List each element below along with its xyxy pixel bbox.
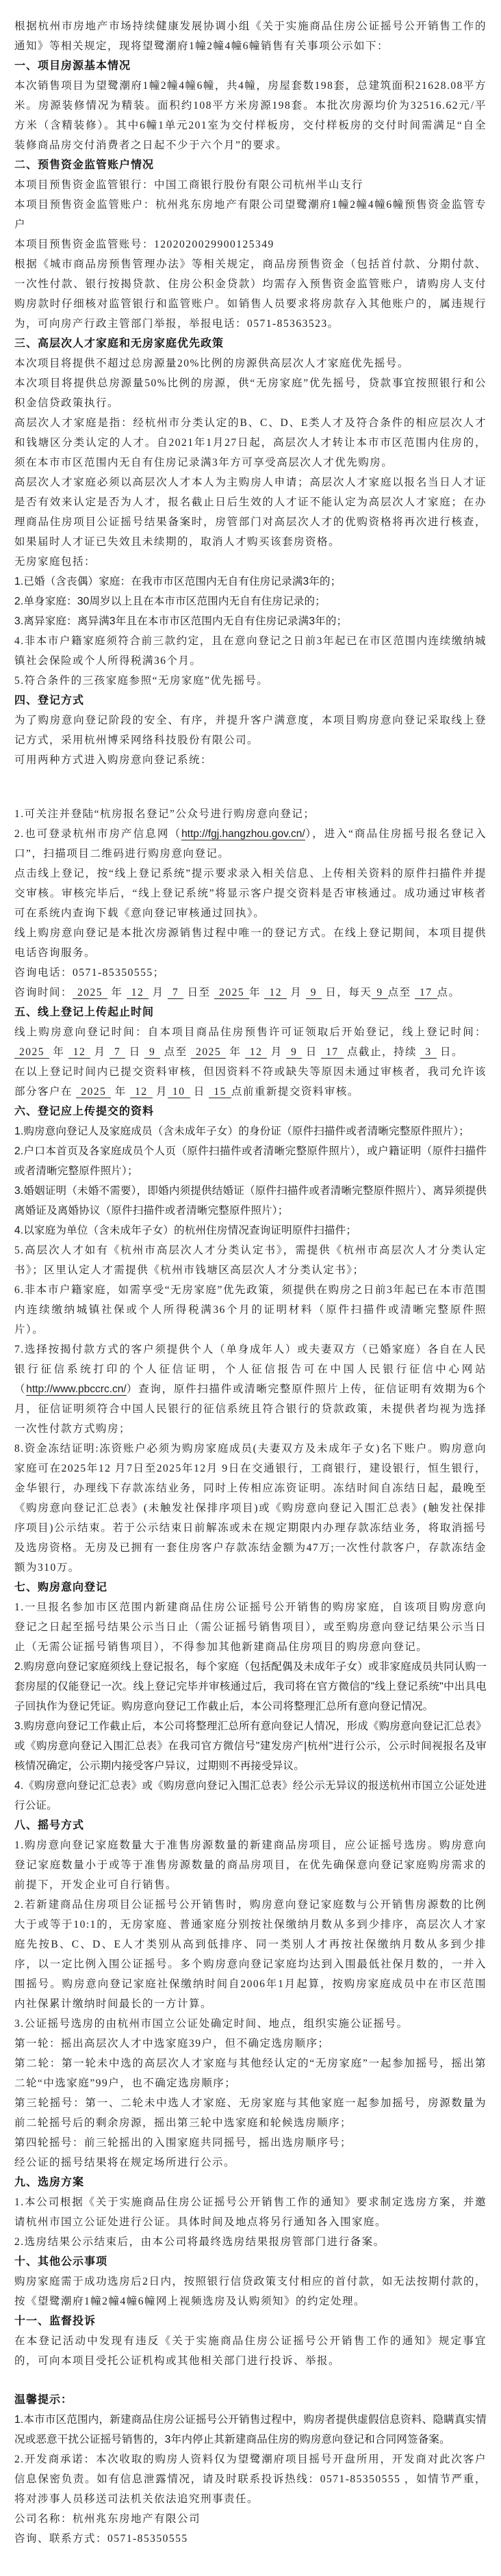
doc-heading: 三、高层次人才家庭和无房家庭优先政策 [14,334,487,354]
fill-in-blank: 9 [286,1046,302,1059]
text-run: 1.本市市区范围内，新建商品住房公证摇号公开销售过程中，购房者提供虚假信息资料、… [14,2414,487,2445]
text-run: 4.非本市户籍家庭须符合前三款约定，且在意向登记之日前3年起已在市区范围内连续缴… [14,635,487,667]
doc-paragraph: 4.非本市户籍家庭须符合前三款约定，且在意向登记之日前3年起已在市区范围内连续缴… [14,631,487,671]
text-run: 温馨提示： [14,2394,73,2406]
text-run: 线上购房意向登记是本批次房源销售过程中唯一的登记方式。在线上登记期间，本项目提供… [14,927,487,959]
doc-paragraph: 第三轮摇号：第一、二轮未中选人才家庭、无房家庭与其他家庭一起参加摇号，房源数量为… [14,2093,487,2133]
text-run: 可用两种方式进入购房意向登记系统： [14,754,212,766]
text-run: 本项目预售资金监管银行：中国工商银行股份有限公司杭州半山支行 [14,179,363,191]
doc-paragraph: 高层次人才家庭是指：经杭州市分类认定的B、C、D、E类人才及符合条件的相应层次人… [14,413,487,473]
text-run: 月 [267,1046,286,1058]
text-run: 咨询、联系方式：0571-85350555 [14,2533,188,2545]
doc-heading: 十、其他公示事项 [14,2252,487,2272]
text-run: 月 [287,987,306,998]
text-run: 为了购房意向登记阶段的安全、有序，并提升客户满意度，本项目购房意向登记采取线上登… [14,715,487,746]
text-run: 咨询电话：0571-85350555； [14,967,165,979]
doc-paragraph: 本项目预售资金监管账号：1202020029900125349 [14,235,487,254]
doc-paragraph: 购房家庭需于成功选房后2日内，按照银行信贷政策支付相应的首付款，如无法按期付款的… [14,2272,487,2311]
text-run: 第四轮摇号：前三轮摇出的入围家庭共同摇号，摇出选房顺序号； [14,2137,352,2149]
text-run: 5.高层次人才如有《杭州市高层次人才分类认定书》，需提供《杭州市高层次人才分类认… [14,1245,487,1276]
text-run: 本次项目将提供不超过总房源量20%比例的房源供高层次人才家庭优先摇号。 [14,358,409,369]
fill-in-blank: 7 [110,1046,125,1059]
doc-spacer [14,770,487,804]
text-run: 在本登记活动中发现有违反《关于实施商品住房公证摇号公开销售工作的通知》规定事宜的… [14,2335,487,2367]
fill-in-blank: 17 [321,1046,344,1059]
doc-paragraph: 本次项目将提供不超过总房源量20%比例的房源供高层次人才家庭优先摇号。 [14,354,487,373]
text-run: 年 [249,987,264,998]
doc-paragraph: 3.婚姻证明（未婚不需要），即婚内须提供结婚证（原件扫描件或者清晰完整原件照片）… [14,1181,487,1221]
text-run: 日 [190,1086,209,1098]
text-run: 点截止，持续 [344,1046,421,1058]
doc-heading: 九、选房方案 [14,2173,487,2192]
doc-paragraph: 5.符合条件的三孩家庭参照“无房家庭”优先摇号。 [14,671,487,691]
fill-in-blank: 2025 [14,1046,49,1059]
text-run: 六、登记应上传提交的资料 [14,1106,154,1117]
text-run: 点。 [437,987,461,998]
text-run: 根据杭州市房地产市场持续健康发展协调小组《关于实施商品住房公证摇号公开销售工作的… [14,21,487,52]
doc-paragraph: 第二轮：第一轮未中选的高层次人才家庭与其他经认定的“无房家庭”一起参加摇号，摇出… [14,2054,487,2093]
doc-paragraph: 本次销售项目为望鹭潮府1幢2幢4幢6幢，共4幢，房屋套数198套，总建筑面积21… [14,76,487,155]
doc-paragraph: 4.《购房意向登记汇总表》或《购房意向登记入围汇总表》经公示无异议的报送杭州市国… [14,1776,487,1816]
fill-in-blank: 17 [415,987,437,999]
fill-in-blank: 9 [306,987,322,999]
fill-in-blank: 12 [68,1046,91,1059]
doc-paragraph: 咨询时间：2025 年 12 月 7 日至 2025年 12 月 9 日，每天9… [14,983,487,1002]
doc-paragraph: 2.也可登录杭州市房产信息网（http://fgj.hangzhou.gov.c… [14,824,487,864]
doc-paragraph: 咨询、联系方式：0571-85350555 [14,2529,487,2549]
doc-paragraph: 在本登记活动中发现有违反《关于实施商品住房公证摇号公开销售工作的通知》规定事宜的… [14,2331,487,2371]
doc-paragraph: 第四轮摇号：前三轮摇出的入围家庭共同摇号，摇出选房顺序号； [14,2133,487,2153]
text-run: 日 [302,1046,321,1058]
fill-in-blank: 2025 [73,987,107,999]
text-run: 2.户口本首页及各家庭成员个人页（原件扫描件或者清晰完整原件照片），或户籍证明（… [14,1145,487,1177]
doc-paragraph: 7.选择按揭付款方式的客户须提供个人（单身成年人）或夫妻双方（已婚家庭）各自在人… [14,1340,487,1439]
doc-paragraph: 本项目预售资金监管账户：杭州兆东房地产有限公司望鹭潮府1幢2幢4幢6幢预售资金监… [14,195,487,235]
doc-paragraph: 第一轮：摇出高层次人才中选家庭39户，但不确定选房顺序； [14,2034,487,2054]
doc-paragraph: 1.本市市区范围内，新建商品住房公证摇号公开销售过程中，购房者提供虚假信息资料、… [14,2410,487,2449]
doc-paragraph: 本项目预售资金监管银行：中国工商银行股份有限公司杭州半山支行 [14,175,487,195]
doc-paragraph: 本次项目将提供总房源量50%比例的房源，供“无房家庭”优先摇号，贷款事宜按照银行… [14,373,487,413]
text-run: 月 [149,987,168,998]
text-run: 2.开发商承诺：本次收取的购房人资料仅为望鹭潮府项目摇号开盘所用，开发商对此次客… [14,2454,487,2505]
text-run: 年 [49,1046,68,1058]
text-run: 日至 [183,987,214,998]
fill-in-blank: 12 [245,1046,268,1059]
text-run: 月 [90,1046,110,1058]
doc-paragraph: 5.高层次人才如有《杭州市高层次人才分类认定书》，需提供《杭州市高层次人才分类认… [14,1240,487,1280]
doc-heading: 六、登记应上传提交的资料 [14,1102,487,1121]
text-run: 4.《购房意向登记汇总表》或《购房意向登记入围汇总表》经公示无异议的报送杭州市国… [14,1780,487,1811]
text-run: 根据《城市商品房预售管理办法》等相关规定，商品房预售资金（包括首付款、分期付款、… [14,258,487,330]
doc-paragraph: 2.单身家庭：30周岁以上且在本市市区范围内无自有住房记录的； [14,592,487,611]
doc-paragraph: 1.已婚（含丧偶）家庭：在我市市区范围内无自有住房记录满3年的； [14,572,487,592]
doc-paragraph: 3.购房意向登记工作截止后，本公司将整理汇总所有意向登记人情况，形成《购房意向登… [14,1716,487,1776]
text-run: 高层次人才家庭必须以高层次人才本人为主购房人申请；高层次人才家庭以报名当日人才证… [14,477,487,548]
text-run: 本次销售项目为望鹭潮府1幢2幢4幢6幢，共4幢，房屋套数198套，总建筑面积21… [14,80,487,151]
doc-paragraph: 高层次人才家庭必须以高层次人才本人为主购房人申请；高层次人才家庭以报名当日人才证… [14,473,487,552]
text-run: 年 [226,1046,245,1058]
doc-paragraph: 可用两种方式进入购房意向登记系统： [14,750,487,770]
text-run: 3.购房意向登记工作截止后，本公司将整理汇总所有意向登记人情况，形成《购房意向登… [14,1721,487,1772]
text-run: 一、项目房源基本情况 [14,60,131,72]
doc-paragraph: 经公证的摇号结果将在规定场所进行公示。 [14,2153,487,2173]
text-run: 6.非本市户籍家庭，如需享受“无房家庭”优先政策，须提供在购房之日前3年起已在本… [14,1284,487,1336]
doc-paragraph: 公司名称：杭州兆东房地产有限公司 [14,2509,487,2529]
doc-heading: 十一、监督投诉 [14,2311,487,2331]
text-run: 2.选房结果公示结束后，由本公司将最终选房结果报房管部门进行备案。 [14,2236,385,2248]
text-run: 购房家庭需于成功选房后2日内，按照银行信贷政策支付相应的首付款，如无法按期付款的… [14,2276,487,2307]
text-run: 九、选房方案 [14,2177,84,2188]
text-run: 点至 [388,987,415,998]
text-run: 2.单身家庭：30周岁以上且在本市市区范围内无自有住房记录的； [14,596,326,607]
doc-paragraph: 1.本公司根据《关于实施商品住房公证摇号公开销售工作的通知》要求制定选房方案，并… [14,2192,487,2232]
text-run: 咨询时间： [14,987,73,998]
doc-paragraph: 根据杭州市房地产市场持续健康发展协调小组《关于实施商品住房公证摇号公开销售工作的… [14,16,487,56]
document-body: 根据杭州市房地产市场持续健康发展协调小组《关于实施商品住房公证摇号公开销售工作的… [14,16,487,2549]
url-link[interactable]: http://www.pbccrc.cn/ [26,1383,126,1396]
url-link[interactable]: http://fgj.hangzhou.gov.cn/ [181,828,305,840]
text-run: 点击线上登记，按“线上登记系统”提示要求录入相关信息、上传相关资料的原件扫描件并… [14,868,487,919]
text-run: 1.本公司根据《关于实施商品住房公证摇号公开销售工作的通知》要求制定选房方案，并… [14,2196,487,2228]
fill-in-blank: 15 [209,1086,231,1098]
doc-heading: 七、购房意向登记 [14,1578,487,1597]
text-run: 年 [107,987,127,998]
text-run: 点至 [160,1046,191,1058]
text-run: 日，每天 [322,987,372,998]
text-run: 十一、监督投诉 [14,2315,96,2327]
text-run: 经公证的摇号结果将在规定场所进行公示。 [14,2157,235,2168]
doc-paragraph: 2.开发商承诺：本次收取的购房人资料仅为望鹭潮府项目摇号开盘所用，开发商对此次客… [14,2449,487,2509]
fill-in-blank: 12 [264,987,287,999]
doc-paragraph: 咨询电话：0571-85350555； [14,963,487,983]
text-run: 高层次人才家庭是指：经杭州市分类认定的B、C、D、E类人才及符合条件的相应层次人… [14,417,487,468]
text-run: 1.已婚（含丧偶）家庭：在我市市区范围内无自有住房记录满3年的； [14,576,341,587]
text-run: 二、预售资金监管账户情况 [14,159,154,171]
fill-in-blank: 2025 [76,1086,111,1098]
doc-paragraph: 在以上登记时间内已提交资料审核，但因资料不符或缺失等原因未通过审核者，我司允许该… [14,1062,487,1102]
text-run: 十、其他公示事项 [14,2256,107,2268]
doc-paragraph: 2.户口本首页及各家庭成员个人页（原件扫描件或者清晰完整原件照片），或户籍证明（… [14,1141,487,1181]
fill-in-blank: 3 [420,1046,436,1059]
text-run: 1.一旦报名参加市区范围内新建商品住房公证摇号公开销售的购房家庭，自该项目购房意… [14,1602,487,1653]
doc-paragraph: 3.公证摇号选房的由杭州市国立公证处确定时间、地点，组织实施公证摇号。 [14,2014,487,2034]
text-run: 本项目预售资金监管账户：杭州兆东房地产有限公司望鹭潮府1幢2幢4幢6幢预售资金监… [14,199,487,230]
doc-heading: 八、摇号方式 [14,1816,487,1835]
doc-paragraph: 1.可关注并登陆“杭房报名登记”公众号进行购房意向登记； [14,804,487,824]
text-run: 2.也可登录杭州市房产信息网（ [14,828,181,840]
doc-paragraph: 点击线上登记，按“线上登记系统”提示要求录入相关信息、上传相关资料的原件扫描件并… [14,864,487,923]
text-run: 五、线上登记上传起止时间 [14,1007,154,1018]
text-run: 8.资金冻结证明:冻资账户必须为购房家庭成员(夫妻双方及未成年子女)名下账户。购… [14,1443,487,1574]
text-run: 年 [111,1086,130,1098]
fill-in-blank: 10 [168,1086,190,1098]
text-run: 月 [153,1086,168,1098]
text-run: 线上购房意向登记时间：自本项目商品住房预售许可证领取后开始登记，线上登记时间： [14,1026,487,1038]
text-run: 4.以家庭为单位（含未成年子女）的杭州住房情况查询证明原件扫描件； [14,1225,357,1236]
text-run: 四、登记方式 [14,695,84,706]
text-run: 第二轮：第一轮未中选的高层次人才家庭与其他经认定的“无房家庭”一起参加摇号，摇出… [14,2058,487,2089]
fill-in-blank: 2025 [214,987,249,999]
text-run: 3.离异家庭：离异满3年且在本市市区范围内无自有住房记录满3年的； [14,615,347,627]
text-run: 无房家庭包括： [14,556,96,568]
doc-spacer [14,2371,487,2390]
text-run: 3.婚姻证明（未婚不需要），即婚内须提供结婚证（原件扫描件或者清晰完整原件照片）… [14,1185,487,1217]
text-run: 本项目预售资金监管账号：1202020029900125349 [14,239,274,250]
text-run: 八、摇号方式 [14,1820,84,1831]
text-run: 1.购房意向登记家庭数量大于准售房源数量的新建商品房项目，应公证摇号选房。购房意… [14,1840,487,1891]
notice-document: 根据杭州市房地产市场持续健康发展协调小组《关于实施商品住房公证摇号公开销售工作的… [0,0,501,2576]
text-run: 点前重新提交资料审核。 [231,1086,359,1098]
fill-in-blank: 12 [130,1086,153,1098]
doc-heading: 一、项目房源基本情况 [14,56,487,76]
doc-paragraph: 1.购房意向登记家庭数量大于准售房源数量的新建商品房项目，应公证摇号选房。购房意… [14,1835,487,1895]
fill-in-blank: 7 [168,987,183,999]
doc-paragraph: 1.一旦报名参加市区范围内新建商品住房公证摇号公开销售的购房家庭，自该项目购房意… [14,1597,487,1657]
text-run: 日。 [437,1046,463,1058]
text-run: 1.购房意向登记人及家庭成员（含未成年子女）的身份证（原件扫描件或者清晰完整原件… [14,1126,470,1137]
doc-paragraph: 2.若新建商品住房项目公证摇号公开销售时，购房意向登记家庭数与公开销售房源数的比… [14,1895,487,2014]
doc-paragraph: 8.资金冻结证明:冻资账户必须为购房家庭成员(夫妻双方及未成年子女)名下账户。购… [14,1439,487,1578]
text-run: 第三轮摇号：第一、二轮未中选人才家庭、无房家庭与其他家庭一起参加摇号，房源数量为… [14,2097,487,2129]
doc-heading: 温馨提示： [14,2390,487,2410]
doc-paragraph: 6.非本市户籍家庭，如需享受“无房家庭”优先政策，须提供在购房之日前3年起已在本… [14,1280,487,1340]
doc-paragraph: 3.离异家庭：离异满3年且在本市市区范围内无自有住房记录满3年的； [14,611,487,631]
text-run: 2.若新建商品住房项目公证摇号公开销售时，购房意向登记家庭数与公开销售房源数的比… [14,1899,487,2010]
doc-paragraph: 为了购房意向登记阶段的安全、有序，并提升客户满意度，本项目购房意向登记采取线上登… [14,711,487,750]
fill-in-blank: 12 [127,987,149,999]
text-run: 本次项目将提供总房源量50%比例的房源，供“无房家庭”优先摇号，贷款事宜按照银行… [14,377,487,409]
fill-in-blank: 9 [372,987,387,999]
doc-paragraph: 线上购房意向登记时间：自本项目商品住房预售许可证领取后开始登记，线上登记时间：2… [14,1022,487,1062]
text-run: 1.可关注并登陆“杭房报名登记”公众号进行购房意向登记； [14,808,315,820]
doc-heading: 五、线上登记上传起止时间 [14,1002,487,1022]
doc-heading: 四、登记方式 [14,691,487,711]
text-run: 2.购房意向登记家庭须线上登记报名，每个家庭（包括配偶及未成年子女）或非家庭成员… [14,1661,487,1712]
doc-paragraph: 根据《城市商品房预售管理办法》等相关规定，商品房预售资金（包括首付款、分期付款、… [14,254,487,334]
text-run: 第一轮：摇出高层次人才中选家庭39户，但不确定选房顺序； [14,2038,330,2049]
fill-in-blank: 9 [144,1046,160,1059]
doc-paragraph: 2.选房结果公示结束后，由本公司将最终选房结果报房管部门进行备案。 [14,2232,487,2252]
doc-paragraph: 2.购房意向登记家庭须线上登记报名，每个家庭（包括配偶及未成年子女）或非家庭成员… [14,1657,487,1716]
text-run: 七、购房意向登记 [14,1582,107,1593]
doc-paragraph: 线上购房意向登记是本批次房源销售过程中唯一的登记方式。在线上登记期间，本项目提供… [14,923,487,963]
text-run: 3.公证摇号选房的由杭州市国立公证处确定时间、地点，组织实施公证摇号。 [14,2018,409,2030]
doc-paragraph: 4.以家庭为单位（含未成年子女）的杭州住房情况查询证明原件扫描件； [14,1221,487,1240]
fill-in-blank: 2025 [191,1046,226,1059]
text-run: 日 [125,1046,144,1058]
text-run: 公司名称：杭州兆东房地产有限公司 [14,2513,201,2525]
doc-paragraph: 1.购房意向登记人及家庭成员（含未成年子女）的身份证（原件扫描件或者清晰完整原件… [14,1121,487,1141]
text-run: 三、高层次人才家庭和无房家庭优先政策 [14,338,224,349]
doc-heading: 二、预售资金监管账户情况 [14,155,487,175]
text-run: 5.符合条件的三孩家庭参照“无房家庭”优先摇号。 [14,675,268,687]
doc-paragraph: 无房家庭包括： [14,552,487,572]
